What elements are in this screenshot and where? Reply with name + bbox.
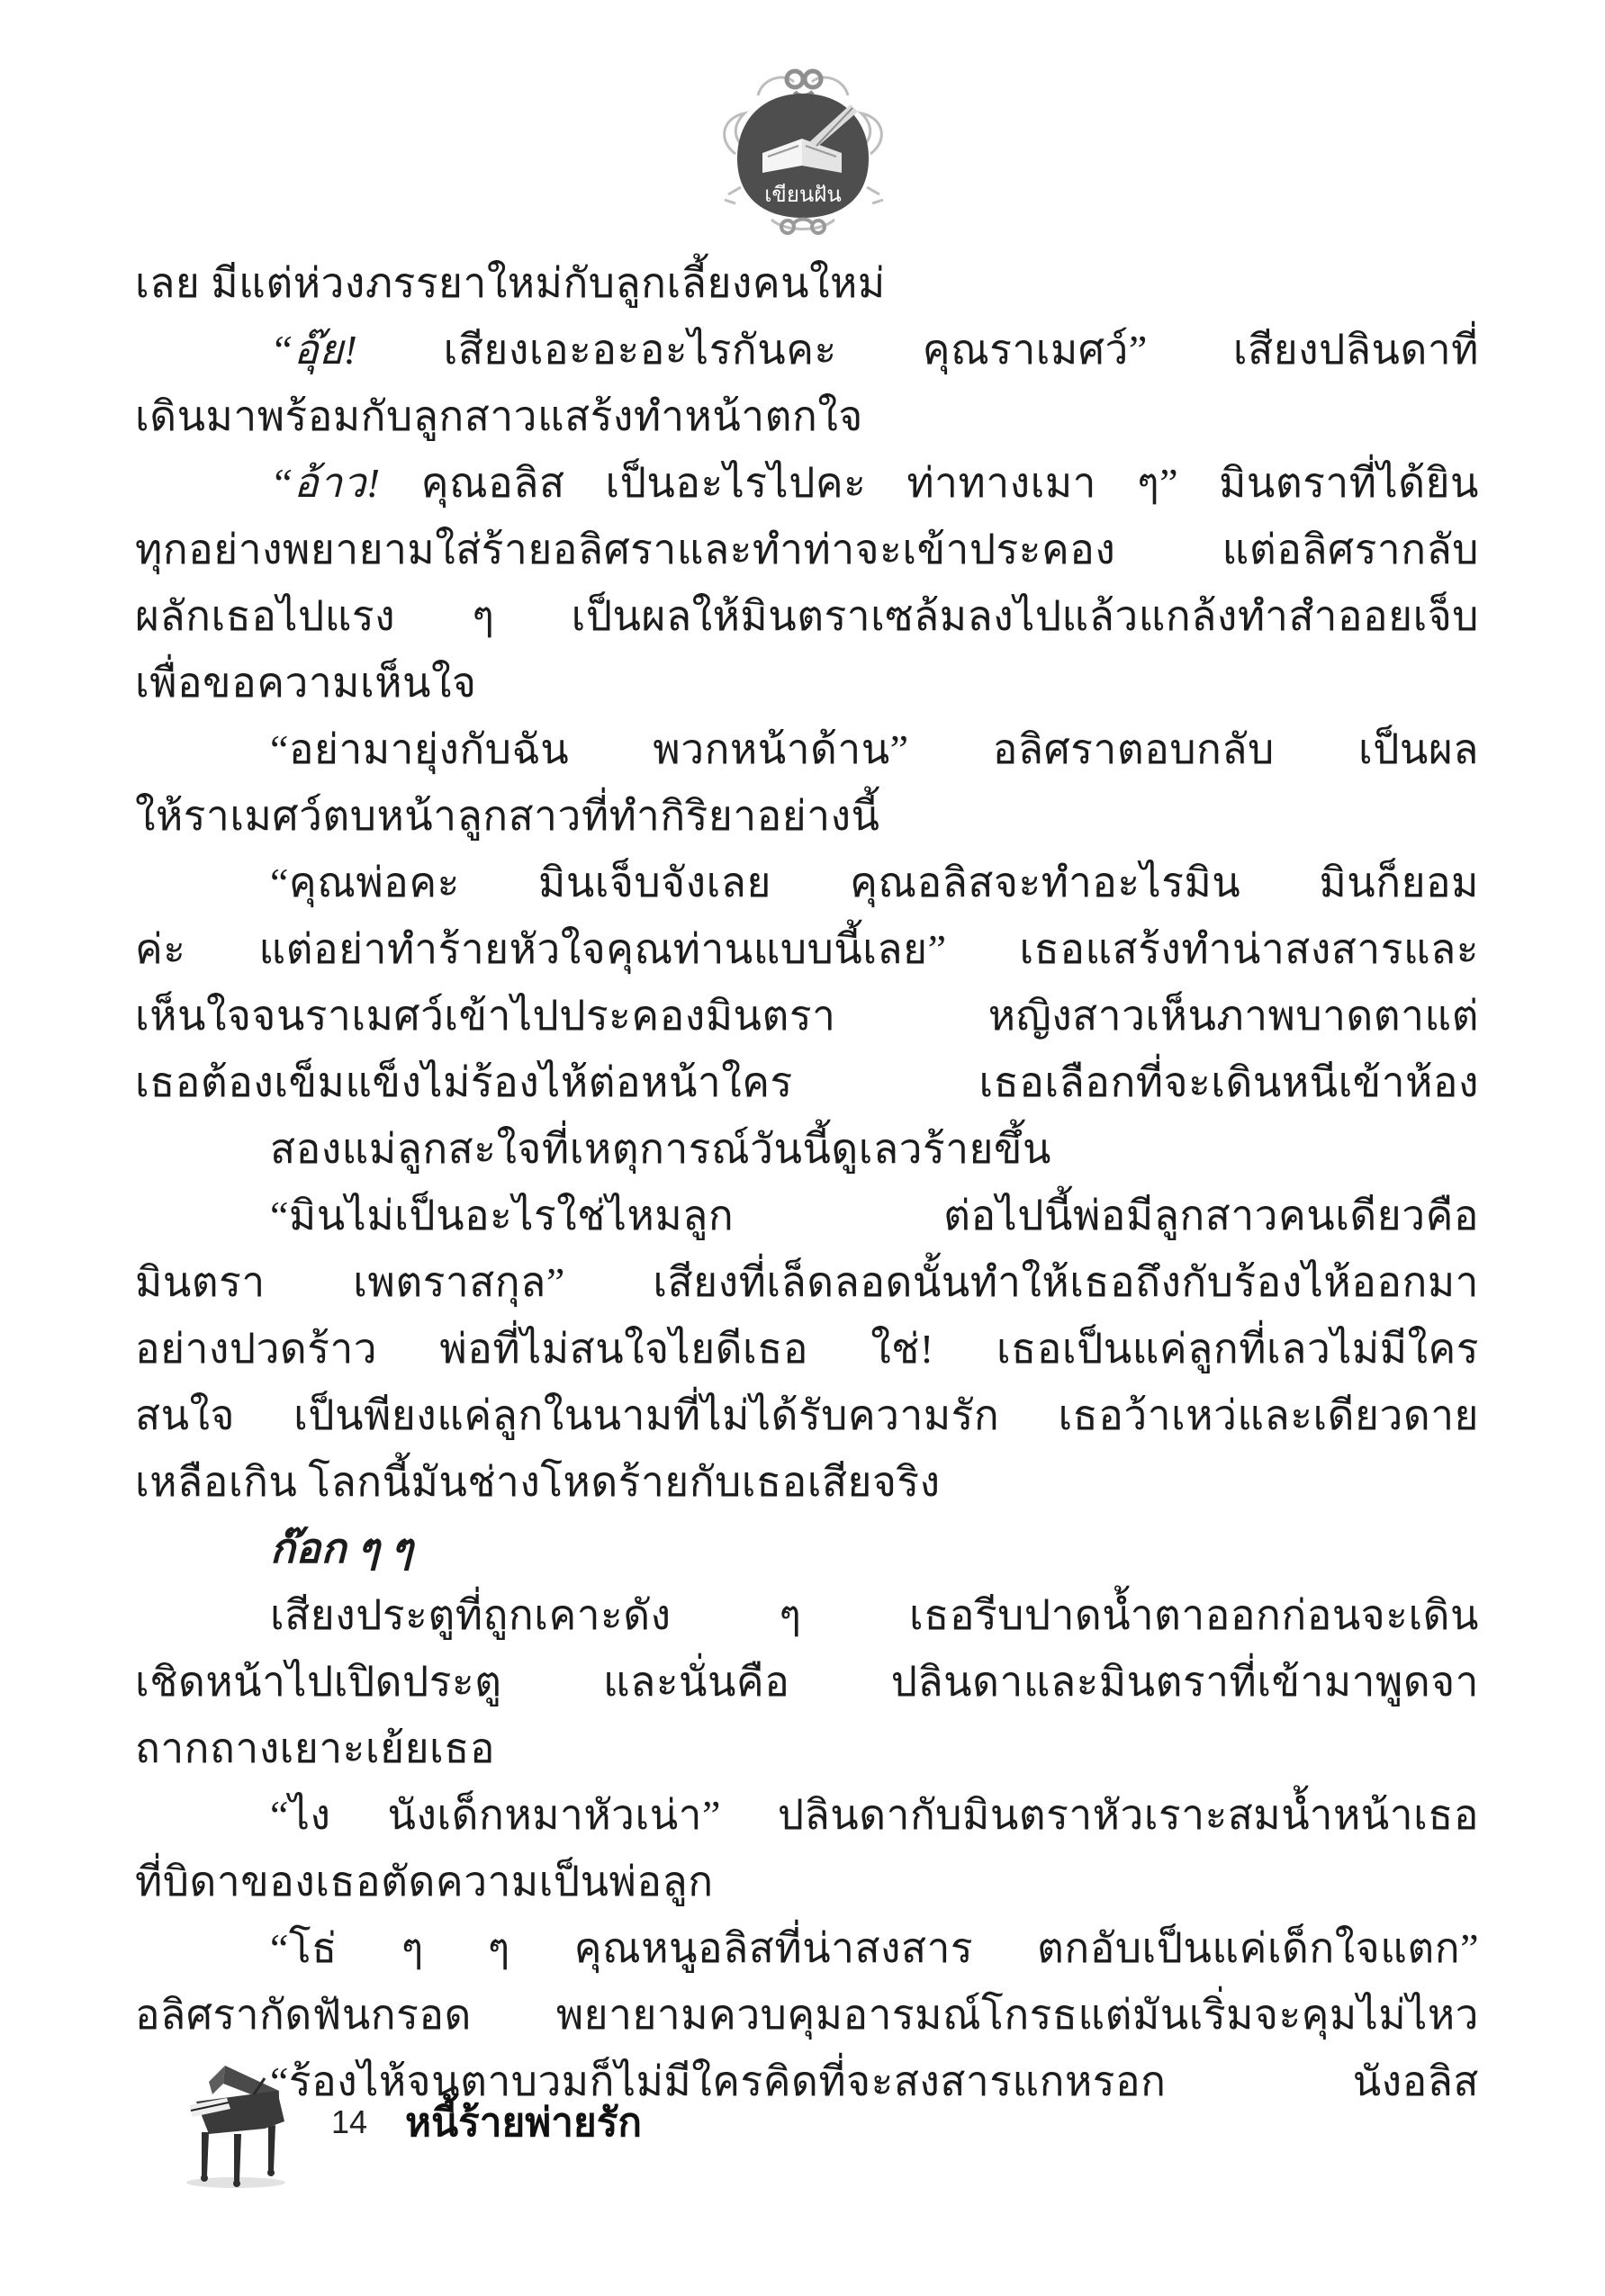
text-line: ถากถางเยาะเย้ยเธอ <box>135 1715 1479 1782</box>
page-footer: 14 หนี้ร้ายพ่ายรัก <box>178 2054 642 2191</box>
text-line: เห็นใจจนราเมศว์เข้าไปประคองมินตรา หญิงสา… <box>135 983 1479 1049</box>
text-line: ทุกอย่างพยายามใส่ร้ายอลิศราและทำท่าจะเข้… <box>135 517 1479 583</box>
text-line: เลย มีแต่ห่วงภรรยาใหม่กับลูกเลี้ยงคนใหม่ <box>135 250 1479 317</box>
publisher-emblem-icon: เขียนฝัน <box>708 59 897 239</box>
text-line: “มินไม่เป็นอะไรใช่ไหมลูก ต่อไปนี้พ่อมีลู… <box>135 1183 1479 1249</box>
text-line: ที่บิดาของเธอตัดความเป็นพ่อลูก <box>135 1849 1479 1915</box>
text-line: “โธ่ ๆ ๆ คุณหนูอลิสที่น่าสงสาร ตกอับเป็น… <box>135 1915 1479 1982</box>
publisher-logo-text: เขียนฝัน <box>764 183 842 207</box>
text-line: อย่างปวดร้าว พ่อที่ไม่สนใจไยดีเธอ ใช่! เ… <box>135 1316 1479 1382</box>
text-line: เธอต้องเข็มแข็งไม่ร้องไห้ต่อหน้าใคร เธอเ… <box>135 1049 1479 1116</box>
text-line: ผลักเธอไปแรง ๆ เป็นผลให้มินตราเซล้มลงไปแ… <box>135 583 1479 650</box>
text-line: เพื่อขอความเห็นใจ <box>135 650 1479 716</box>
text-line: เดินมาพร้อมกับลูกสาวแสร้งทำหน้าตกใจ <box>135 383 1479 450</box>
text-line: “คุณพ่อคะ มินเจ็บจังเลย คุณอลิสจะทำอะไรม… <box>135 850 1479 916</box>
text-line: “อ้าว! คุณอลิส เป็นอะไรไปคะ ท่าทางเมา ๆ”… <box>135 450 1479 517</box>
text-line: สองแม่ลูกสะใจที่เหตุการณ์วันนี้ดูเลวร้าย… <box>135 1116 1479 1183</box>
text-line: ให้ราเมศว์ตบหน้าลูกสาวที่ทำกิริยาอย่างนี… <box>135 783 1479 850</box>
page-text: เลย มีแต่ห่วงภรรยาใหม่กับลูกเลี้ยงคนใหม่… <box>135 250 1479 2115</box>
text-line: เหลือเกิน โลกนี้มันช่างโหดร้ายกับเธอเสีย… <box>135 1449 1479 1516</box>
text-line: ก๊อก ๆ ๆ <box>135 1516 1479 1582</box>
text-line: อลิศรากัดฟันกรอด พยายามควบคุมอารมณ์โกรธแ… <box>135 1982 1479 2048</box>
text-line: สนใจ เป็นพียงแค่ลูกในนามที่ไม่ได้รับความ… <box>135 1382 1479 1449</box>
text-line: มินตรา เพตราสกุล” เสียงที่เล็ดลอดนั้นทำใ… <box>135 1249 1479 1316</box>
publisher-logo: เขียนฝัน <box>0 59 1605 239</box>
text-line: เชิดหน้าไปเปิดประตู และนั่นคือ ปลินดาและ… <box>135 1649 1479 1715</box>
text-line: ค่ะ แต่อย่าทำร้ายหัวใจคุณท่านแบบนี้เลย” … <box>135 916 1479 983</box>
book-title: หนี้ร้ายพ่ายรัก <box>405 2091 642 2154</box>
grand-piano-icon <box>178 2055 293 2190</box>
text-line: “ไง นังเด็กหมาหัวเน่า” ปลินดากับมินตราหั… <box>135 1782 1479 1849</box>
page-number: 14 <box>331 2103 367 2141</box>
text-line: เสียงประตูที่ถูกเคาะดัง ๆ เธอรีบปาดน้ำตา… <box>135 1582 1479 1649</box>
text-line: “อุ๊ย! เสียงเอะอะอะไรกันคะ คุณราเมศว์” เ… <box>135 317 1479 383</box>
text-line: “อย่ามายุ่งกับฉัน พวกหน้าด้าน” อลิศราตอบ… <box>135 716 1479 783</box>
book-page: { "header": { "publisher_logo_text": "เข… <box>0 0 1605 2296</box>
